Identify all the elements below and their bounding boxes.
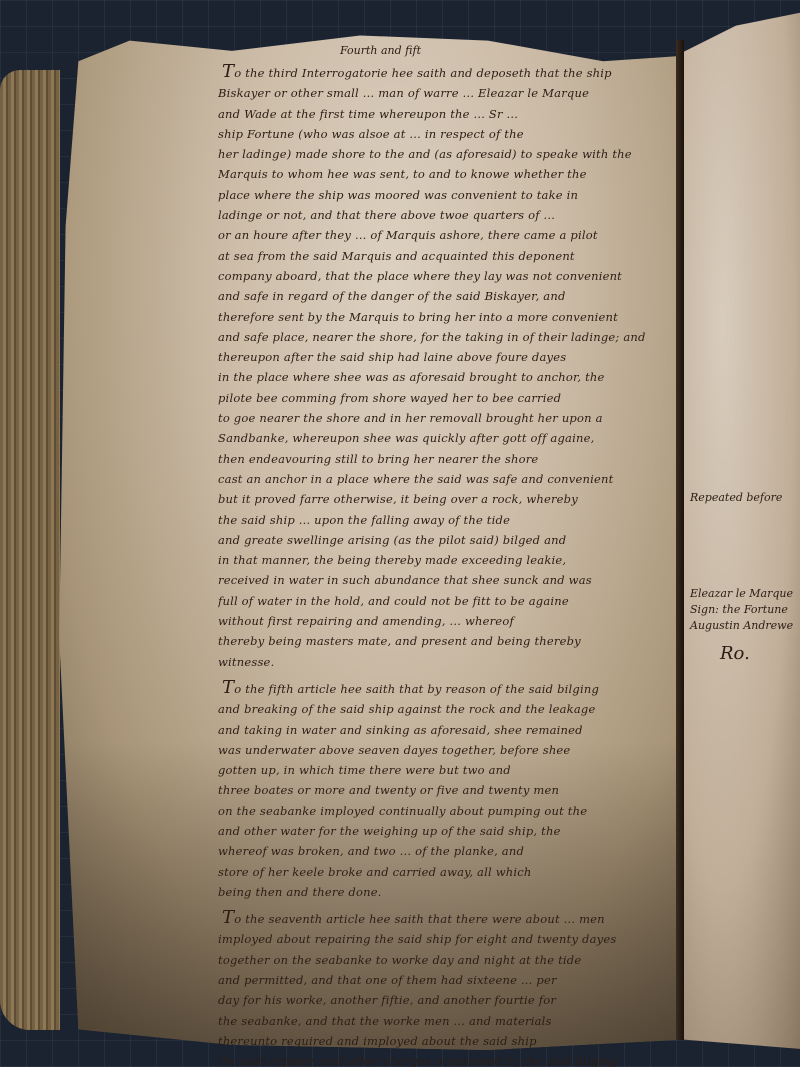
manuscript-line: being then and there done. [218,882,678,902]
manuscript-line: received in water in such abundance that… [218,570,678,590]
signature: Sign: the Fortune [690,602,800,618]
signature: Eleazar le Marque [690,586,800,602]
manuscript-line: and taking in water and sinking as afore… [218,720,678,740]
manuscript-line: in that manner, the being thereby made e… [218,550,678,570]
manuscript-line: store of her keele broke and carried awa… [218,862,678,882]
manuscript-line: and safe in regard of the danger of the … [218,286,678,306]
manuscript-line: to goe nearer the shore and in her remov… [218,408,678,428]
manuscript-line: without first repairing and amending, ..… [218,611,678,631]
manuscript-line: and Wade at the first time whereupon the… [218,104,678,124]
manuscript-line: thereupon after the said ship had laine … [218,347,678,367]
manuscript-line: together on the seabanke to worke day an… [218,950,678,970]
manuscript-text: To the third Interrogatorie hee saith an… [218,62,678,1067]
manuscript-line: or an houre after they ... of Marquis as… [218,225,678,245]
manuscript-line: ladinge or not, and that there above two… [218,205,678,225]
manuscript-line: and other water for the weighing up of t… [218,821,678,841]
page-edges [0,70,60,1030]
manuscript-line: thereunto required and imployed about th… [218,1031,678,1051]
manuscript-line: the seabanke, and that the worke men ...… [218,1011,678,1031]
paragraph-seventh-article: To the seaventh article hee saith that t… [218,908,678,1067]
manuscript-line: whereof was broken, and two ... of the p… [218,841,678,861]
manuscript-line: cast an anchor in a place where the said… [218,469,678,489]
signature: Augustin Andrewe [690,618,800,634]
manuscript-line: To the seaventh article hee saith that t… [218,908,678,929]
manuscript-line: her ladinge) made shore to the and (as a… [218,144,678,164]
manuscript-line: thereby being masters mate, and present … [218,631,678,651]
manuscript-line: at sea from the said Marquis and acquain… [218,246,678,266]
manuscript-line: the said ship ... upon the falling away … [218,510,678,530]
manuscript-line: gotten up, in which time there were but … [218,760,678,780]
manuscript-line: witnesse. [218,652,678,672]
manuscript-line: Biskayer or other small ... man of warre… [218,83,678,103]
manuscript-line: then endeavouring still to bring her nea… [218,449,678,469]
manuscript-line: imployed about repairing the said ship f… [218,929,678,949]
manuscript-line: full of water in the hold, and could not… [218,591,678,611]
manuscript-line: ship Fortune (who was alsoe at ... in re… [218,124,678,144]
page-heading: Fourth and fift [340,44,421,57]
paragraph-fifth-article: To the fifth article hee saith that by r… [218,678,678,902]
manuscript-line: but it proved farre otherwise, it being … [218,489,678,509]
manuscript-line: in the place where shee was as aforesaid… [218,367,678,387]
manuscript-line: To the fifth article hee saith that by r… [218,678,678,699]
manuscript-line: and safe place, nearer the shore, for th… [218,327,678,347]
manuscript-line: the said repaire, and other charges occa… [218,1051,678,1067]
manuscript-line: and greate swellinge arising (as the pil… [218,530,678,550]
right-margin-notes: Repeated before Eleazar le Marque Sign: … [690,490,800,662]
manuscript-line: on the seabanke imployed continually abo… [218,801,678,821]
manuscript-line: was underwater above seaven dayes togeth… [218,740,678,760]
notary-mark: Ro. [720,646,800,662]
manuscript-line: place where the ship was moored was conv… [218,185,678,205]
manuscript-line: and breaking of the said ship against th… [218,699,678,719]
margin-note: Repeated before [690,490,800,506]
manuscript-line: Marquis to whom hee was sent, to and to … [218,164,678,184]
manuscript-line: day for his worke, another fiftie, and a… [218,990,678,1010]
spacer [690,506,800,586]
manuscript-line: therefore sent by the Marquis to bring h… [218,307,678,327]
manuscript-line: Sandbanke, whereupon shee was quickly af… [218,428,678,448]
manuscript-line: To the third Interrogatorie hee saith an… [218,62,678,83]
manuscript-line: company aboard, that the place where the… [218,266,678,286]
paragraph-third-interrogatory: To the third Interrogatorie hee saith an… [218,62,678,672]
manuscript-line: three boates or more and twenty or five … [218,780,678,800]
manuscript-line: pilote bee comming from shore wayed her … [218,388,678,408]
manuscript-line: and permitted, and that one of them had … [218,970,678,990]
